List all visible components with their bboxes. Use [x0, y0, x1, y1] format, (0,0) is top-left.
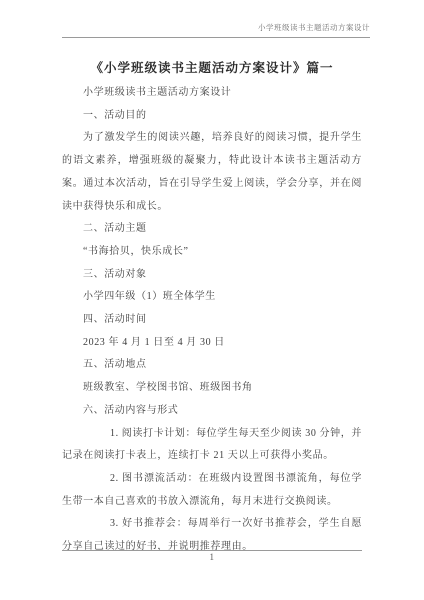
theme-quote: “书海拾贝，快乐成长”: [62, 241, 362, 264]
doc-paragraph: 为了激发学生的阅读兴趣，培养良好的阅读习惯，提升学生的语文素养，增强班级的凝聚力…: [62, 127, 362, 218]
page-number: 1: [62, 552, 362, 562]
section-heading-4: 四、活动时间: [62, 309, 362, 332]
document-page: 小学班级读书主题活动方案设计 《小学班级读书主题活动方案设计》篇一 小学班级读书…: [0, 0, 424, 600]
numbered-item-2: 2. 图书漂流活动：在班级内设置图书漂流角，每位学生带一本自己喜欢的书放入漂流角…: [62, 468, 362, 513]
section-heading-1: 一、活动目的: [62, 105, 362, 128]
doc-paragraph: 小学四年级（1）班全体学生: [62, 286, 362, 309]
document-title: 《小学班级读书主题活动方案设计》篇一: [62, 60, 362, 77]
section-heading-6: 六、活动内容与形式: [62, 400, 362, 423]
footer-divider: [62, 550, 362, 551]
doc-paragraph: 2023 年 4 月 1 日至 4 月 30 日: [62, 332, 362, 355]
section-heading-3: 三、活动对象: [62, 264, 362, 287]
document-body: 《小学班级读书主题活动方案设计》篇一 小学班级读书主题活动方案设计 一、活动目的…: [62, 56, 362, 559]
numbered-item-1: 1. 阅读打卡计划：每位学生每天至少阅读 30 分钟，并记录在阅读打卡表上，连续…: [62, 423, 362, 468]
running-header: 小学班级读书主题活动方案设计: [62, 22, 370, 38]
doc-subtitle: 小学班级读书主题活动方案设计: [62, 82, 362, 105]
section-heading-2: 二、活动主题: [62, 218, 362, 241]
doc-paragraph: 班级教室、学校图书馆、班级图书角: [62, 377, 362, 400]
section-heading-5: 五、活动地点: [62, 354, 362, 377]
